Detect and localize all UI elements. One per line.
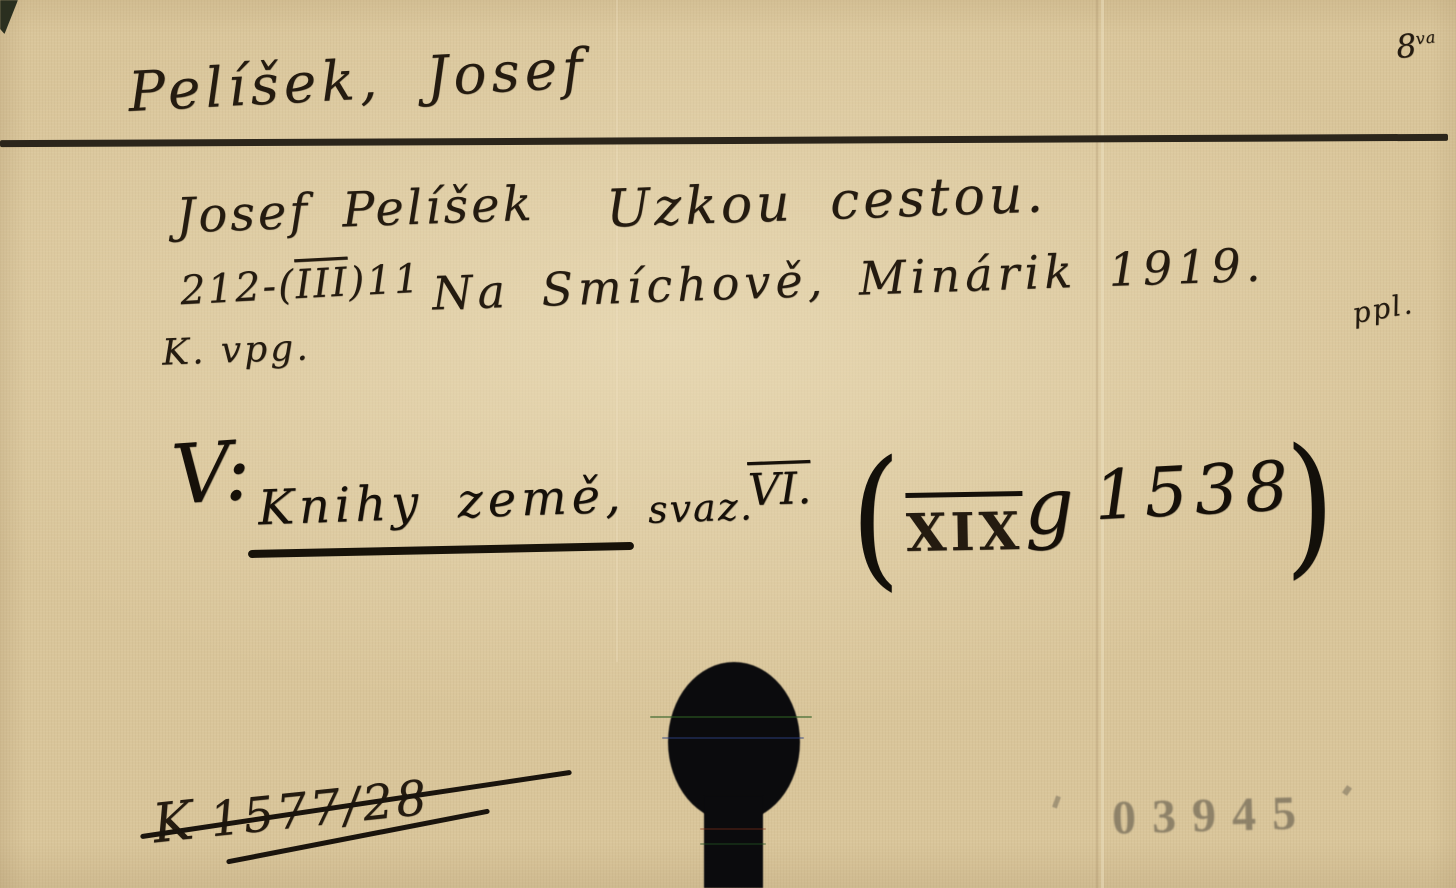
- cancelled-number: K1577/28: [149, 764, 432, 856]
- collation-suffix: )11: [348, 256, 423, 306]
- volume-label: svaz.: [647, 484, 754, 532]
- shelfmark-paren-close: ): [1284, 416, 1334, 593]
- stamp-tick: [1342, 785, 1352, 796]
- scan-artifact-line: [700, 843, 766, 845]
- printed-rule: [0, 134, 1448, 147]
- format-mark-superscript: va: [1415, 27, 1437, 48]
- stamp-number: 03945: [1111, 785, 1312, 845]
- format-mark: 8va: [1394, 24, 1439, 66]
- catalog-card: Pelíšek, Josef 8va Josef Pelíšek Uzkou c…: [0, 0, 1456, 888]
- collation-roman-numeral: III: [294, 260, 350, 309]
- punch-hole-slot: [704, 796, 763, 888]
- margin-note: ppl.: [1350, 287, 1416, 330]
- crease-line: [616, 0, 618, 662]
- heading-author-name: Pelíšek, Josef: [127, 36, 589, 124]
- binding-note: K. vpg.: [161, 327, 311, 373]
- series-underline: [248, 542, 634, 558]
- crease-line: [1101, 0, 1104, 888]
- entry-title: Uzkou cestou.: [605, 164, 1048, 239]
- corner-mark: [0, 0, 18, 34]
- volume-number: VI.: [747, 463, 812, 516]
- shelfmark-paren-open: (: [850, 428, 900, 605]
- entry-author: Josef Pelíšek: [175, 176, 535, 244]
- shelfmark-class: XIX: [905, 491, 1023, 564]
- shelfmark-letter: g: [1022, 461, 1075, 553]
- scan-artifact-line: [650, 716, 812, 718]
- crease-line: [1096, 0, 1098, 888]
- shelfmark-number: 1538: [1092, 447, 1297, 536]
- stamp-tick: [1052, 796, 1061, 809]
- cancelled-number-letter: K: [149, 788, 199, 855]
- scan-artifact-line: [662, 737, 804, 739]
- series-title: Knihy země,: [257, 468, 626, 537]
- collation: 212-(III)11: [179, 256, 422, 315]
- scan-artifact-line: [700, 828, 766, 830]
- series-prefix: V:: [169, 423, 254, 523]
- imprint: Na Smíchově, Minárik 1919.: [431, 237, 1266, 320]
- collation-prefix: 212-(: [179, 262, 297, 314]
